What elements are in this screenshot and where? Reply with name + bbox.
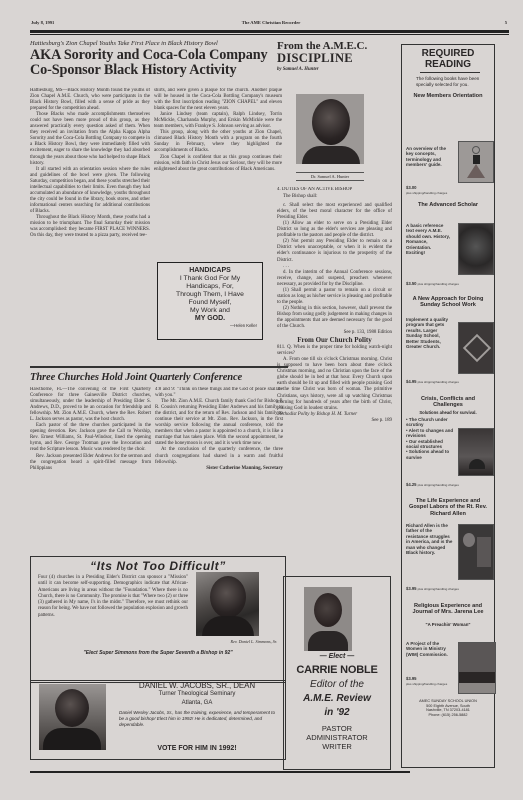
book-cover-advanced-scholar[interactable] xyxy=(458,223,494,275)
paragraph: c. Shall select the most experienced and… xyxy=(277,203,392,221)
portrait-face xyxy=(314,593,342,627)
quote-line: My Work and xyxy=(158,307,262,315)
book-bullets: • The Church under scrutiny • Alert to c… xyxy=(406,417,454,460)
role-line: PASTOR xyxy=(284,724,390,733)
rr-title: REQUIRED READING xyxy=(402,48,494,70)
shipping-note: plus shipping/handling charges xyxy=(406,682,447,686)
office-line: A.M.E. Review xyxy=(284,693,390,704)
book-cover-sunday-school[interactable] xyxy=(458,322,494,374)
portrait-shoulders xyxy=(43,728,101,750)
book-price: $3.00plus shipping/handling charges xyxy=(406,185,447,195)
aka-article-col1: Hattiesburg, MS—Black History Month foun… xyxy=(30,88,150,364)
page-number: 5 xyxy=(505,20,507,25)
jacobs-name: DANIEL W. JACOBS, SR., DEAN xyxy=(113,681,281,690)
office-line: Editor of the xyxy=(284,679,390,690)
churches-col1: Hawthorne, FL—The convening of the First… xyxy=(30,387,151,537)
headline-line: AKA Sorority and Coca-Cola Company xyxy=(30,48,288,63)
portrait-face xyxy=(210,576,246,618)
bullet-text: Solutions ahead to survive xyxy=(406,449,449,459)
jacobs-ad: DANIEL W. JACOBS, SR., DEAN Turner Theol… xyxy=(30,680,286,760)
org-phone: Phone: (615) 256-5882 xyxy=(404,713,492,718)
paragraph: Throughout the Black History Month, thes… xyxy=(30,215,150,239)
hunter-photo xyxy=(296,94,364,164)
rr-title-underline xyxy=(420,72,480,73)
churches-col2: 4:8 and 9: "Think on these things and th… xyxy=(155,387,283,537)
price-value: $3.95 xyxy=(406,586,416,591)
portrait-face xyxy=(312,99,350,145)
shipping-note: plus shipping/handling charges xyxy=(418,587,459,591)
quote-line: I Thank God For My xyxy=(158,275,262,283)
paragraph: The Mt. Zion A.M.E. Church family thank … xyxy=(155,399,283,447)
book-subtitle: "A Preachin' Woman" xyxy=(406,622,490,627)
book-title[interactable]: The Advanced Scholar xyxy=(412,202,484,208)
noble-ad: — Elect — CARRIE NOBLE Editor of the A.M… xyxy=(283,576,391,770)
book-desc: Richard Allen is the father of the resis… xyxy=(406,523,454,555)
paragraph: Zion Chapel is confident that as this gr… xyxy=(154,155,282,173)
rr-title-line: REQUIRED xyxy=(402,48,494,59)
jacobs-school: Turner Theological Seminary xyxy=(113,691,281,697)
paragraph: A. From one till six o'clock Christmas m… xyxy=(277,357,392,411)
byline: by Samuel A. Hunter xyxy=(277,67,392,72)
portrait-face xyxy=(55,689,89,727)
price-value: $3.50 xyxy=(406,281,416,286)
churches-headline: Three Churches Hold Joint Quarterly Conf… xyxy=(30,372,288,383)
paragraph: Those Blacks who made accomplishments th… xyxy=(30,112,150,166)
candidate-name: CARRIE NOBLE xyxy=(284,664,390,676)
price-value: $3.00 xyxy=(406,185,416,190)
jacobs-location: Atlanta, GA xyxy=(113,700,281,706)
shipping-note: plus shipping/handling charges xyxy=(418,483,459,487)
required-reading-box: REQUIRED READING The following books hav… xyxy=(401,44,495,768)
book-cover-crisis[interactable] xyxy=(458,428,494,476)
bullet-text: Alert to changes and revisions xyxy=(406,428,453,438)
section-title: 4. DUTIES OF AN ACTIVE BISHOP xyxy=(277,187,392,193)
quote-attribution: —Helen Keller xyxy=(158,323,262,328)
polity-reference: See p. 189 xyxy=(277,418,392,424)
simmons-photo xyxy=(196,572,259,636)
price-value: $3.95 xyxy=(406,676,416,681)
bullet-item: • The Church under scrutiny xyxy=(406,417,454,428)
book-price: $3.95 plus shipping/handling charges xyxy=(406,586,459,591)
paragraph: The Bishop shall: xyxy=(277,194,392,200)
elect-label: — Elect — xyxy=(284,653,390,660)
shipping-note: plus shipping/handling charges xyxy=(406,191,447,195)
book-cover-jarena-lee[interactable] xyxy=(458,642,496,694)
headline-line: Co-Sponsor Black History Activity xyxy=(30,63,288,78)
rr-title-line: READING xyxy=(402,59,494,70)
rr-footer: AMEC SUNDAY SCHOOL UNION 500 Eighth Aven… xyxy=(404,699,492,717)
ad-body: Four (4) churches in a Presiding Elder's… xyxy=(38,575,188,619)
price-value: $4.95 xyxy=(406,379,416,384)
quote-line: Through Them, I Have xyxy=(158,291,262,299)
aka-article-col2: shirts, and were given a plaque for the … xyxy=(154,88,282,250)
office-line: in '92 xyxy=(284,707,390,718)
handicaps-title: HANDICAPS xyxy=(158,267,262,275)
paragraph: (2) Nothing in this section, however, sh… xyxy=(277,306,392,330)
quote-line: Handicaps, For, xyxy=(158,283,262,291)
book-title[interactable]: A New Approach for Doing Sunday School W… xyxy=(408,296,488,309)
bullet-text: Our established social structures xyxy=(406,439,443,449)
jacobs-body: Daniel Wesley Jacobs, Sr., has the train… xyxy=(119,710,279,728)
book-desc: An overview of the key concepts, termino… xyxy=(406,146,452,168)
aka-article: Hattiesburg's Zion Chapel Youths Take Fi… xyxy=(30,40,288,77)
newspaper-page: July 8, 1991 The AME Christian Recorder … xyxy=(0,0,523,800)
book-desc: A Project of the Women in Ministry (WIM)… xyxy=(406,641,452,657)
church-icon xyxy=(469,459,485,469)
paragraph: 811. Q. When is the proper time for hold… xyxy=(277,345,392,357)
portrait-shoulders xyxy=(302,146,360,164)
quote-line: MY GOD. xyxy=(158,315,262,323)
header-rule-thin xyxy=(30,34,509,35)
bullet-item: • Solutions ahead to survive xyxy=(406,449,454,460)
paragraph: Hawthorne, FL—The convening of the First… xyxy=(30,387,151,423)
section-divider xyxy=(30,366,288,368)
rr-intro: The following books have been specially … xyxy=(416,76,484,88)
ad-slogan: "Elect Super Simmons from the Super Seve… xyxy=(31,650,285,656)
article-signature: Sister Catherine Manning, Secretary xyxy=(155,466,283,472)
diamond-icon xyxy=(463,334,491,362)
page-folio: July 8, 1991 The AME Christian Recorder … xyxy=(31,20,511,30)
footer-rule xyxy=(30,771,410,773)
quote-line: Found Myself, xyxy=(158,299,262,307)
paragraph: It all started with an orientation sessi… xyxy=(30,167,150,215)
paragraph: Hattiesburg, MS—Black History Month foun… xyxy=(30,88,150,112)
book-title[interactable]: Religious Experience and Journal of Mrs.… xyxy=(408,603,488,616)
jacobs-slogan: VOTE FOR HIM IN 1992! xyxy=(113,745,281,752)
discipline-body: 4. DUTIES OF AN ACTIVE BISHOP The Bishop… xyxy=(277,187,392,543)
paragraph: (1) Allow an elder to serve on a Presidi… xyxy=(277,221,392,239)
book-price: $4.25 plus shipping/handling charges xyxy=(406,482,459,487)
pyramid-icon xyxy=(467,164,485,178)
portrait-shoulders xyxy=(202,616,254,636)
noble-photo xyxy=(304,587,352,651)
book-price: $3.50 plus shipping/handling charges xyxy=(406,281,459,286)
role-line: ADMINISTRATOR xyxy=(284,733,390,742)
article-headline: AKA Sorority and Coca-Cola Company Co-Sp… xyxy=(30,48,288,77)
polity-title: From Our Church Polity xyxy=(277,336,392,345)
book-price: $4.95 plus shipping/handling charges xyxy=(406,379,459,384)
simmons-ad: “Its Not Too Difficult” Four (4) churche… xyxy=(30,556,286,683)
paragraph: d. In the interim of the Annual Conferen… xyxy=(277,270,392,288)
book-subtitle: Solutions ahead for survival. xyxy=(406,410,490,415)
handicaps-box: HANDICAPS I Thank God For My Handicaps, … xyxy=(157,262,263,340)
paragraph: 4:8 and 9: "Think on these things and th… xyxy=(155,387,283,399)
paragraph: Janice Lindsey (team captain), Ralph Lin… xyxy=(154,112,282,130)
paragraph: shirts, and were given a plaque for the … xyxy=(154,88,282,112)
discipline-headline: DISCIPLINE xyxy=(277,52,392,65)
book-title[interactable]: The Life Experience and Gospel Labors of… xyxy=(406,498,490,517)
portrait-icon xyxy=(463,533,475,547)
paragraph: Rev. Jackson presented Elder Andrews for… xyxy=(30,454,151,472)
paragraph: (1) Shall permit a pastor to remain on a… xyxy=(277,288,392,306)
title-block xyxy=(477,537,491,567)
discipline-article: From the A.M.E.C. DISCIPLINE by Samuel A… xyxy=(277,40,392,72)
photo-caption: Rev. Daniel L. Simmons, Sr. xyxy=(231,639,277,644)
bullet-item: • Alert to changes and revisions xyxy=(406,428,454,439)
book-desc: A basic reference text every A.M.E. shou… xyxy=(406,223,450,255)
book-title[interactable]: Crisis, Conflicts and Challenges xyxy=(412,396,484,409)
photo-caption: Dr. Samuel A. Hunter xyxy=(296,172,364,181)
book-title[interactable]: New Members Orientation xyxy=(402,93,494,99)
church-icon xyxy=(473,155,480,164)
ad-title: “Its Not Too Difficult” xyxy=(31,559,285,573)
paragraph: This group, along with the other youths … xyxy=(154,130,282,154)
role-line: WRITER xyxy=(284,742,390,751)
book-cover-richard-allen[interactable] xyxy=(458,524,494,580)
price-value: $4.25 xyxy=(406,482,416,487)
paragraph: Each pastor of the three churches partic… xyxy=(30,423,151,453)
article-kicker: Hattiesburg's Zion Chapel Youths Take Fi… xyxy=(30,40,288,47)
shipping-note: plus shipping/handling charges xyxy=(418,282,459,286)
paragraph: At the conclusion of the quarterly confe… xyxy=(155,447,283,465)
header-rule xyxy=(30,30,509,33)
publication-name: The AME Christian Recorder xyxy=(31,20,511,25)
jacobs-photo xyxy=(39,684,106,750)
shipping-note: plus shipping/handling charges xyxy=(418,380,459,384)
bullet-text: The Church under scrutiny xyxy=(406,417,448,427)
book-price: $3.95plus shipping/handling charges xyxy=(406,676,458,686)
portrait-shoulders xyxy=(308,631,348,651)
paragraph: (2) Not permit any Presiding Elder to re… xyxy=(277,239,392,263)
book-desc: Implement a quality program that gets re… xyxy=(406,317,450,349)
sun-icon xyxy=(472,146,480,154)
bullet-item: • Our established social structures xyxy=(406,439,454,450)
book-cover-new-members[interactable] xyxy=(458,141,494,183)
